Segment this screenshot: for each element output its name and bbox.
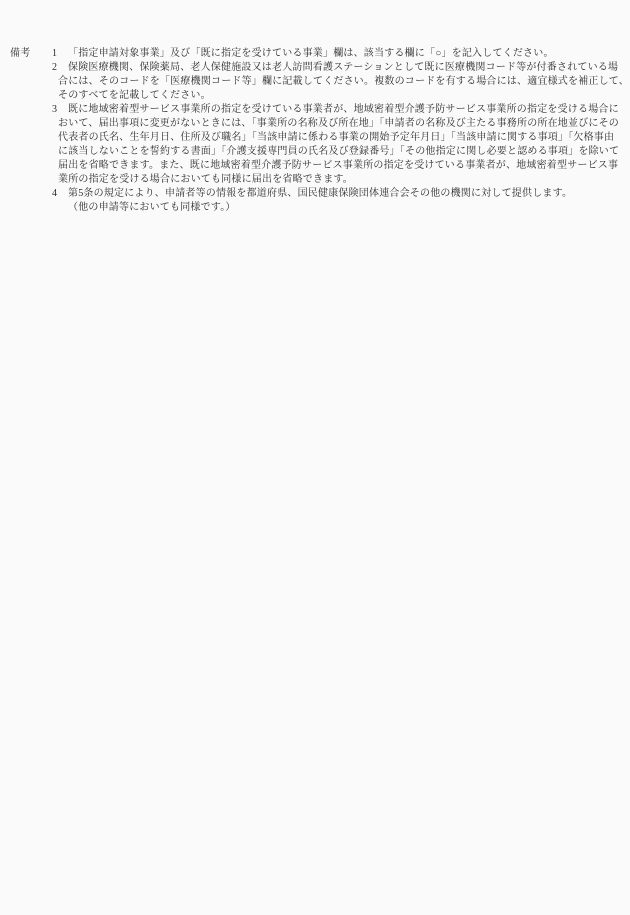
remark-line-text: （他の申請等においても同様です。） xyxy=(68,201,236,215)
remark-line: 届出を省略できます。また、既に地域密着型介護予防サービス事業所の指定を受けている… xyxy=(52,159,624,173)
remark-line: 3既に地域密着型サービス事業所の指定を受けている事業者が、地域密着型介護予防サー… xyxy=(52,103,624,117)
remark-line: おいて、届出事項に変更がないときには、「事業所の名称及び所在地」「申請者の名称及… xyxy=(52,117,624,131)
remark-line-text: そのすべてを記載してください。 xyxy=(58,89,211,103)
document-page: 備考 1「指定申請対象事業」及び「既に指定を受けている事業」欄は、該当する欄に「… xyxy=(0,0,630,915)
remark-line: 合には、そのコードを「医療機関コード等」欄に記載してください。複数のコードを有す… xyxy=(52,75,624,89)
remark-line: 1「指定申請対象事業」及び「既に指定を受けている事業」欄は、該当する欄に「○」を… xyxy=(52,47,624,61)
remarks-section: 備考 1「指定申請対象事業」及び「既に指定を受けている事業」欄は、該当する欄に「… xyxy=(10,47,624,215)
remark-line: 業所の指定を受ける場合においても同様に届出を省略できます。 xyxy=(52,173,624,187)
remark-line: 2保険医療機関、保険薬局、老人保健施設又は老人訪問看護ステーションとして既に医療… xyxy=(52,61,624,75)
remark-item-number: 3 xyxy=(52,103,68,117)
remarks-body: 1「指定申請対象事業」及び「既に指定を受けている事業」欄は、該当する欄に「○」を… xyxy=(52,47,624,215)
remark-line: に該当しないことを誓約する書面」「介護支援専門員の氏名及び登録番号」「その他指定… xyxy=(52,145,624,159)
remark-item-number: 1 xyxy=(52,47,68,61)
remark-line: 代表者の氏名、生年月日、住所及び職名」「当該申請に係わる事業の開始予定年月日」「… xyxy=(52,131,624,145)
remark-line-text: 保険医療機関、保険薬局、老人保健施設又は老人訪問看護ステーションとして既に医療機… xyxy=(68,61,618,75)
remark-line-text: 「指定申請対象事業」及び「既に指定を受けている事業」欄は、該当する欄に「○」を記… xyxy=(68,47,554,61)
remark-item-number: 2 xyxy=(52,61,68,75)
remark-line: （他の申請等においても同様です。） xyxy=(52,201,624,215)
remark-line-text: おいて、届出事項に変更がないときには、「事業所の名称及び所在地」「申請者の名称及… xyxy=(58,117,619,131)
remark-line-text: 合には、そのコードを「医療機関コード等」欄に記載してください。複数のコードを有す… xyxy=(58,75,629,89)
remark-line-text: 代表者の氏名、生年月日、住所及び職名」「当該申請に係わる事業の開始予定年月日」「… xyxy=(58,131,614,145)
remark-line-text: 業所の指定を受ける場合においても同様に届出を省略できます。 xyxy=(58,173,353,187)
remarks-label: 備考 xyxy=(10,47,52,61)
remark-line: そのすべてを記載してください。 xyxy=(52,89,624,103)
remark-line-text: に該当しないことを誓約する書面」「介護支援専門員の氏名及び登録番号」「その他指定… xyxy=(58,145,619,159)
remark-item-number: 4 xyxy=(52,187,68,201)
remark-line-text: 第5条の規定により、申請者等の情報を都道府県、国民健康保険団体連合会その他の機関… xyxy=(68,187,572,201)
remark-line-text: 既に地域密着型サービス事業所の指定を受けている事業者が、地域密着型介護予防サービ… xyxy=(68,103,619,117)
remark-line: 4第5条の規定により、申請者等の情報を都道府県、国民健康保険団体連合会その他の機… xyxy=(52,187,624,201)
remark-line-text: 届出を省略できます。また、既に地域密着型介護予防サービス事業所の指定を受けている… xyxy=(58,159,618,173)
